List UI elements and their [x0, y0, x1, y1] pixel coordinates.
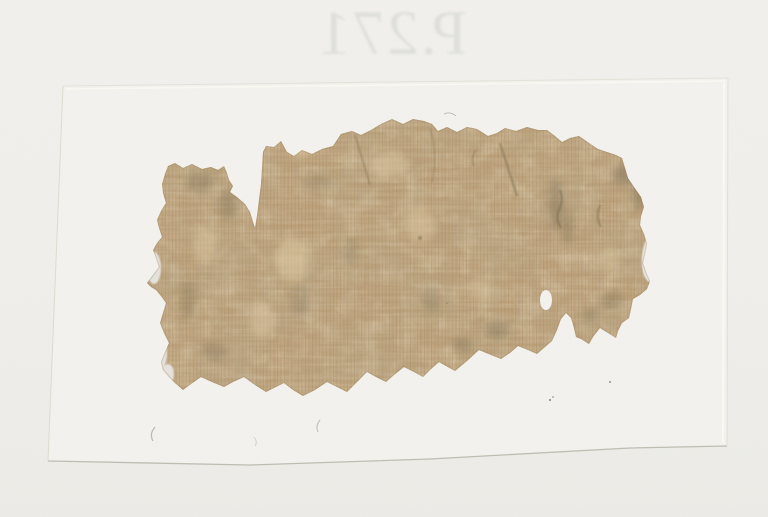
photo-canvas: P.271	[0, 0, 768, 517]
photograph-of-mounted-papyrus: P.271	[0, 0, 768, 517]
photo-grain-overlay	[0, 0, 768, 517]
